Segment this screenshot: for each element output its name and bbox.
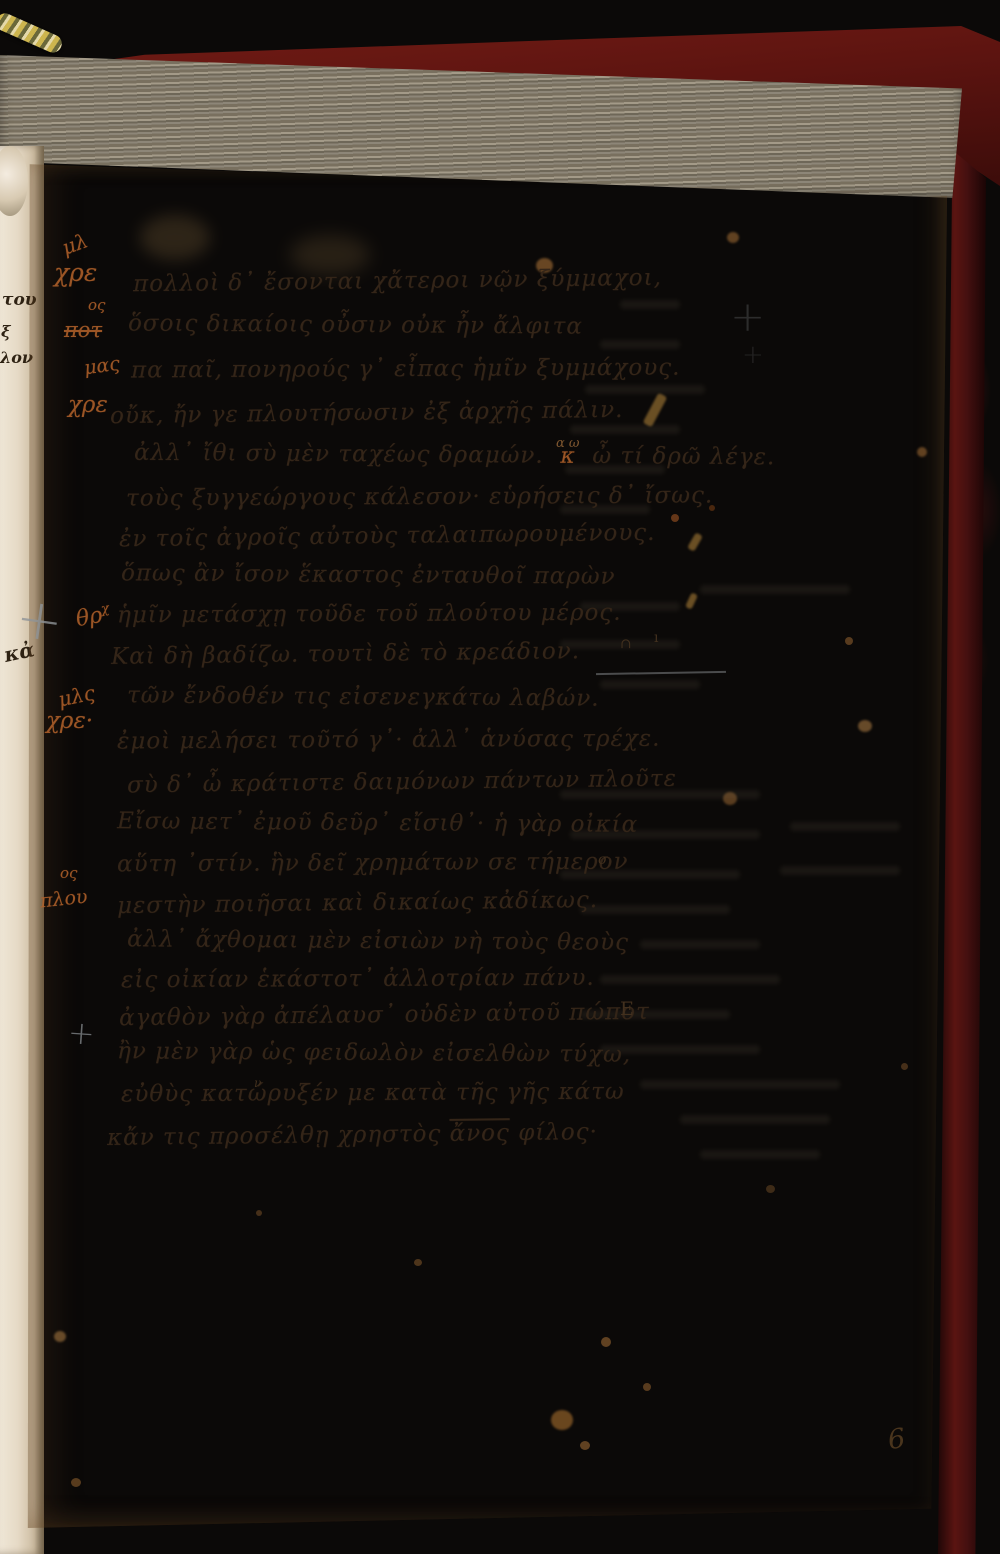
interlinear-gloss: α ω: [556, 436, 580, 451]
foxing-stain: [766, 1185, 775, 1193]
text-line-content: εὐθὺς κατώρυξέν με κατὰ τῆς γῆς κάτω: [121, 1079, 625, 1108]
foxing-stain: [54, 1331, 66, 1342]
text-line: ὅσοις δικαίοις οὖσιν οὐκ ἦν ἄλφιτα: [128, 310, 583, 339]
text-line-content: τῶν ἔνδοθέν τις εἰσενεγκάτω λαβών.: [127, 682, 600, 711]
bleed-through-smudge: [600, 975, 780, 984]
speaker-rubric: ος: [60, 864, 77, 882]
text-line-content: Εἴσω μετ᾽ ἐμοῦ δεῦρ᾽ εἴσιθ᾽· ἡ γὰρ οἰκία: [117, 808, 638, 838]
foxing-stain: [71, 1478, 81, 1487]
foxing-stain: [256, 1210, 262, 1216]
foxing-stain: [671, 514, 679, 522]
pencil-cross-showthrough-icon: +: [742, 340, 764, 370]
bleed-through-smudge: [640, 940, 760, 949]
text-line: ὅπως ἂν ἴσον ἕκαστος ἐνταυθοῖ παρὼν: [121, 560, 616, 589]
text-line: εὐθὺς κατώρυξέν με κατὰ τῆς γῆς κάτω: [121, 1079, 625, 1108]
text-line-content: αὕτη ᾽στίν. ἣν δεῖ χρημάτων σε τήμερον: [117, 849, 629, 878]
bleed-through-smudge: [780, 866, 900, 875]
text-line: Εἴσω μετ᾽ ἐμοῦ δεῦρ᾽ εἴσιθ᾽· ἡ γὰρ οἰκία: [117, 808, 638, 838]
bleed-through-smudge: [585, 385, 705, 394]
bleed-through-smudge: [680, 1115, 830, 1124]
text-line-content: ἢν μὲν γὰρ ὡς φειδωλὸν εἰσελθὼν τύχω,: [117, 1038, 631, 1068]
foxing-stain: [580, 1441, 590, 1450]
text-line: τῶν ἔνδοθέν τις εἰσενεγκάτω λαβών.: [127, 682, 600, 711]
text-line-content: ἐμοὶ μελήσει τοῦτό γ᾽· ἀλλ᾽ ἁνύσας τρέχε…: [117, 726, 661, 755]
text-line-content: φίλος·: [510, 1119, 598, 1146]
text-line: ἀλλ᾽ ἄχθομαι μὲν εἰσιὼν νὴ τοὺς θεοὺς: [127, 926, 629, 956]
text-line-content: κἄν τις προσέλθῃ χρηστὸς: [107, 1121, 450, 1151]
pencil-cross-icon: +: [67, 1013, 96, 1053]
interlinear-sigma: σ: [598, 852, 608, 868]
text-line-content: πα παῖ, πονηρούς γ᾽ εἶπας ἡμῖν ξυμμάχους…: [131, 355, 680, 384]
endband: [0, 11, 65, 56]
folio-curl: [0, 146, 28, 216]
interlinear-nu: ν: [254, 1076, 261, 1090]
bleed-through-smudge: [790, 822, 900, 831]
text-line-content: ὅπως ἂν ἴσον ἕκαστος ἐνταυθοῖ παρὼν: [121, 560, 616, 589]
interlinear-stroke: ı: [654, 630, 658, 646]
text-line-content: ὅσοις δικαίοις οὖσιν οὐκ ἦν ἄλφιτα: [128, 310, 583, 339]
foxing-stain: [858, 720, 872, 732]
pencil-cross-showthrough-icon: +: [730, 292, 765, 341]
text-line: ἡμῖν μετάσχῃ τοῦδε τοῦ πλούτου μέρος.: [117, 600, 622, 629]
bleed-through-smudge: [600, 680, 700, 689]
speaker-rubric: χρε·: [46, 708, 93, 734]
bleed-through-smudge: [600, 340, 680, 349]
gutter-fragment: λον: [0, 348, 33, 367]
foxing-stain: [917, 447, 927, 457]
bleed-through-smudge: [620, 300, 680, 309]
text-line-content: ὦ τί δρῶ λέγε.: [592, 443, 775, 470]
foxing-stain: [414, 1259, 422, 1266]
bleed-through-smudge: [580, 905, 730, 914]
foxing-stain: [901, 1063, 908, 1070]
speaker-rubric: ος: [88, 296, 105, 314]
abbreviated-word: ἄνος: [449, 1120, 510, 1147]
speaker-rubric: χρε: [54, 258, 97, 287]
bleed-through-smudge: [570, 425, 680, 434]
text-line-content: ἀλλ᾽ ἴθι σὺ μὲν ταχέως δραμών.: [134, 440, 544, 469]
text-line: τοὺς ξυγγεώργους κάλεσον· εὑρήσεις δ᾽ ἴσ…: [126, 482, 713, 511]
foxing-stain: [601, 1337, 611, 1347]
text-line-content: εἰς οἰκίαν ἑκάστοτ᾽ ἀλλοτρίαν πάνυ.: [121, 965, 595, 993]
bleed-through-smudge: [640, 1080, 840, 1089]
bleed-through-smudge: [700, 585, 850, 594]
interlinear-epsilon: Ε: [620, 998, 634, 1020]
text-line: αὕτη ᾽στίν. ἣν δεῖ χρημάτων σε τήμερον: [117, 849, 629, 878]
text-line: ἢν μὲν γὰρ ὡς φειδωλὸν εἰσελθὼν τύχω,: [117, 1038, 631, 1068]
interlinear-caret: ∩: [620, 636, 632, 652]
pencil-cross-icon: +: [12, 585, 68, 656]
foxing-stain: [140, 215, 210, 260]
text-line-content: τοὺς ξυγγεώργους κάλεσον· εὑρήσεις δ᾽ ἴσ…: [126, 482, 713, 511]
text-line: πα παῖ, πονηρούς γ᾽ εἶπας ἡμῖν ξυμμάχους…: [131, 355, 680, 384]
speaker-rubric: χρε: [68, 392, 108, 418]
foxing-stain: [845, 637, 853, 645]
text-line: εἰς οἰκίαν ἑκάστοτ᾽ ἀλλοτρίαν πάνυ.: [121, 965, 595, 993]
text-line-content: ἡμῖν μετάσχῃ τοῦδε τοῦ πλούτου μέρος.: [117, 600, 622, 629]
foxing-stain: [727, 232, 739, 243]
foxing-stain: [643, 1383, 651, 1391]
text-line-content: ἀλλ᾽ ἄχθομαι μὲν εἰσιὼν νὴ τοὺς θεοὺς: [127, 926, 629, 956]
text-line: ἐμοὶ μελήσει τοῦτό γ᾽· ἀλλ᾽ ἁνύσας τρέχε…: [117, 726, 661, 755]
speaker-rubric-struck: ποτ: [64, 318, 102, 342]
bleed-through-smudge: [700, 1150, 820, 1159]
gutter-fragment: ξ: [1, 322, 10, 341]
foxing-stain: [551, 1410, 573, 1430]
text-line: ἀλλ᾽ ἴθι σὺ μὲν ταχέως δραμών. κ ὦ τί δρ…: [134, 440, 775, 470]
